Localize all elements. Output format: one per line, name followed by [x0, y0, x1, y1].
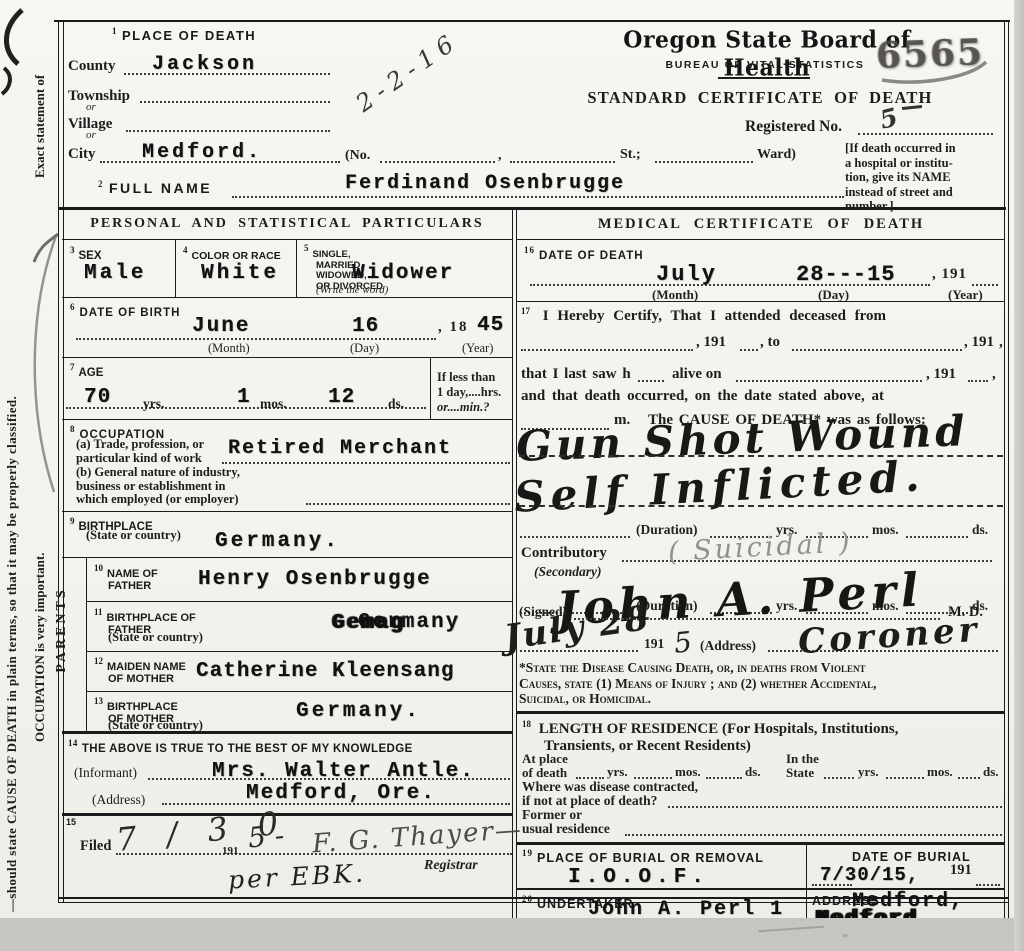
margin-note-cause: —should state CAUSE OF DEATH in plain te… — [4, 142, 20, 912]
bottom-pencil-dot — [842, 934, 848, 937]
certify-comma-1: , — [999, 334, 1003, 351]
filed-number: 15 — [66, 817, 76, 827]
color-race-label: 4COLOR OR RACE — [183, 245, 281, 262]
rule — [517, 301, 1005, 302]
no-label: (No. — [345, 148, 370, 164]
residence-in-state-label: In the State — [786, 752, 819, 779]
registered-no-overbar — [902, 105, 922, 110]
mother-birthplace-value: Germany. — [296, 700, 421, 723]
or-label-1: or — [86, 101, 96, 113]
rule — [62, 557, 512, 558]
signed-year-printed: 191 — [644, 636, 664, 652]
res-dots — [706, 777, 742, 779]
city-label: City — [68, 146, 96, 163]
age-years-label: yrs. — [143, 396, 164, 412]
former-dots — [625, 834, 1002, 836]
full-name-value: Ferdinand Osenbrugge — [345, 172, 625, 195]
certify-to: , to — [760, 334, 780, 351]
rule-thick — [517, 842, 1005, 845]
birth-year-sublabel: (Year) — [462, 341, 493, 356]
occupation-b-line — [306, 503, 510, 505]
birth-day-sublabel: (Day) — [350, 341, 379, 356]
occupation-a-line — [222, 462, 510, 464]
border-right-inner — [1008, 20, 1009, 918]
burial-place-label: 19PLACE OF BURIAL OR REMOVAL — [522, 848, 764, 865]
mother-name-label: 12MAIDEN NAME OF MOTHER — [94, 655, 186, 685]
color-race-value: White — [201, 262, 279, 285]
birth-month-sublabel: (Month) — [208, 341, 250, 356]
bureau-subtitle: BUREAU OF VITAL STATISTICS — [640, 59, 890, 71]
death-date-label: 16DATE OF DEATH — [524, 245, 644, 262]
rule — [62, 239, 512, 240]
informant-address-value: Medford, Ore. — [246, 782, 436, 805]
disease-contracted-label: Where was disease contracted, if not at … — [522, 780, 698, 808]
filed-yearhand: 5 - — [247, 818, 286, 854]
divider-center-b — [516, 207, 517, 918]
certify-blank-4 — [736, 380, 922, 382]
village-line — [126, 130, 330, 132]
certificate-paper: —should state CAUSE OF DEATH in plain te… — [0, 0, 1014, 918]
certify-blank-2 — [792, 349, 962, 351]
undertaker-value: John A. Perl 1 — [588, 898, 784, 918]
divider-center-a — [512, 207, 513, 918]
registered-no-line — [858, 133, 993, 135]
certify-blank-1 — [521, 349, 693, 351]
burial-year-dots — [976, 884, 1000, 886]
city-value: Medford. — [142, 141, 262, 164]
county-label: County — [68, 58, 116, 75]
informant-address-label: (Address) — [92, 792, 145, 808]
undertaker-address-value2: Medford — [816, 908, 918, 918]
duration1-dots-a — [520, 536, 630, 538]
res-mos-1: mos. — [675, 764, 701, 780]
rule — [86, 691, 512, 692]
registrar-label: Registrar — [424, 858, 478, 874]
res-ds-2: ds. — [983, 764, 999, 780]
birth-year-printed: , 18 — [438, 319, 469, 336]
cause-line2-rule — [519, 505, 1003, 507]
signed-year-hand: 5 — [672, 625, 693, 660]
birth-date-line — [76, 338, 436, 340]
death-certificate-scan: —should state CAUSE OF DEATH in plain te… — [0, 0, 1024, 951]
scan-edge-right — [1014, 0, 1024, 951]
burial-year-printed: 191 — [950, 862, 972, 879]
age-days-label: ds. — [388, 396, 404, 412]
informant-section-label: 14THE ABOVE IS TRUE TO THE BEST OF MY KN… — [68, 738, 413, 755]
registered-no-label: Registered No. — [745, 118, 842, 136]
margin-note-occupation: OCCUPATION is very important. — [32, 562, 48, 742]
occupation-a-label: (a) Trade, profession, or particular kin… — [76, 438, 204, 465]
certify-line3b: alive on — [672, 366, 722, 383]
informant-value: Mrs. Walter Antle. — [212, 760, 475, 783]
death-day-value: 28---15 — [796, 262, 895, 287]
filed-note-handwritten: per EBK. — [227, 858, 366, 894]
full-name-label: 2FULL NAME — [98, 179, 212, 196]
res-yrs-2: yrs. — [858, 764, 879, 780]
rule — [62, 511, 512, 512]
certify-191b: , 191 — [964, 334, 994, 351]
father-name-label: 10NAME OF FATHER — [94, 562, 158, 592]
birthplace-value: Germany. — [215, 530, 340, 553]
rule — [86, 651, 512, 652]
certify-blank-4b — [968, 380, 988, 382]
sex-label: 3SEX — [70, 245, 102, 262]
handwritten-date-mark: 2-2-16 — [351, 26, 465, 117]
age-note: If less than 1 day,....hrs. or....min.? — [437, 370, 501, 415]
certify-line3a: that I last saw h — [521, 366, 631, 383]
disease-dots — [668, 806, 1002, 808]
age-years-value: 70 — [84, 386, 111, 409]
occupation-a-value: Retired Merchant — [228, 437, 452, 460]
border-top — [54, 20, 1010, 22]
death-month-value: July — [656, 262, 717, 287]
rule — [62, 297, 512, 298]
personal-section-title: PERSONAL AND STATISTICAL PARTICULARS — [62, 216, 512, 232]
certify-line4: and that death occurred, on the date sta… — [521, 388, 884, 405]
res-mos-2: mos. — [927, 764, 953, 780]
st-label: St.; — [620, 147, 641, 163]
occupation-b-label: (b) General nature of industry, business… — [76, 466, 240, 507]
or-label-2: or — [86, 129, 96, 141]
cell-divider — [296, 239, 297, 297]
certificate-title: STANDARD CERTIFICATE OF DEATH — [560, 88, 960, 108]
father-birthplace-sublabel: (State or country) — [108, 630, 203, 645]
st-line — [510, 161, 615, 163]
cause-footnote: *State the Disease Causing Death, or, in… — [519, 660, 1005, 707]
res-dots — [824, 777, 854, 779]
undertaker-divider — [806, 890, 807, 918]
marital-value: Widower — [352, 262, 454, 285]
duration1-mos: mos. — [872, 522, 899, 538]
ward-label: Ward) — [757, 147, 796, 163]
age-months-value: 1 — [237, 386, 251, 409]
certify-comma-2: , — [992, 366, 996, 383]
certify-191c: , 191 — [926, 366, 956, 383]
residence-title: 18 LENGTH OF RESIDENCE (For Hospitals, I… — [522, 716, 898, 755]
hospital-note: [If death occurred in a hospital or inst… — [845, 141, 1005, 214]
bureau-underline — [718, 77, 810, 79]
corner-ink-mark — [0, 6, 30, 96]
cell-divider — [430, 357, 431, 419]
rule — [62, 357, 512, 358]
burial-date-value: 7/30/15, — [820, 864, 919, 886]
marital-sublabel: (Write the word) — [316, 284, 388, 296]
age-label: 7AGE — [70, 362, 103, 379]
parents-vertical-label: PARENTS — [54, 555, 70, 705]
birthplace-sublabel: (State or country) — [86, 528, 181, 543]
rule — [517, 239, 1005, 240]
certify-191a: , 191 — [696, 334, 726, 351]
father-name-value: Henry Osenbrugge — [198, 568, 432, 591]
informant-label: (Informant) — [74, 765, 137, 781]
death-year-line — [972, 284, 998, 286]
certify-line1: 17 I Hereby Certify, That I attended dec… — [521, 306, 886, 325]
medical-section-title: MEDICAL CERTIFICATE OF DEATH — [517, 216, 1005, 233]
field-number: 1 — [112, 26, 118, 36]
duration1-dots-d — [906, 536, 968, 538]
birth-month-value: June — [192, 315, 250, 338]
rule-thick — [62, 731, 512, 734]
birth-year-value: 45 — [477, 314, 504, 337]
county-value: Jackson — [152, 53, 257, 76]
duration1-ds: ds. — [972, 522, 988, 538]
rule-thick — [517, 711, 1005, 714]
filed-label: Filed — [80, 838, 111, 855]
residence-at-place-label: At place of death — [522, 752, 568, 779]
cell-divider — [175, 239, 176, 297]
rule — [62, 419, 512, 420]
no-line — [380, 161, 495, 163]
ward-line — [655, 161, 753, 163]
border-left-outer — [58, 20, 59, 903]
birth-date-label: 6DATE OF BIRTH — [70, 302, 180, 319]
father-birthplace-value: Germany — [358, 611, 460, 634]
res-dots — [958, 777, 980, 779]
burial-place-value: I.O.O.F. — [568, 866, 709, 889]
township-line — [140, 101, 330, 103]
bottom-pencil-mark — [758, 926, 824, 933]
cause-line1-rule — [519, 455, 1003, 457]
contributory-label: Contributory — [521, 545, 607, 562]
age-days-value: 12 — [328, 386, 355, 409]
certify-blank-3 — [638, 380, 664, 382]
death-year-printed: , 191 — [932, 266, 967, 283]
rule — [86, 601, 512, 602]
res-ds-1: ds. — [745, 764, 761, 780]
no-comma: , — [498, 148, 502, 164]
full-name-line — [232, 196, 844, 198]
place-of-death-title: 1PLACE OF DEATH — [112, 26, 256, 43]
field-number: 2 — [98, 179, 105, 189]
margin-pencil-arc — [28, 232, 62, 497]
sex-value: Male — [84, 262, 146, 285]
res-dots — [886, 777, 924, 779]
parents-inner-divider — [86, 557, 87, 731]
township-label: Township — [68, 88, 130, 105]
border-left-inner — [63, 20, 64, 903]
signed-date-dots — [520, 650, 638, 652]
former-residence-label: Former or usual residence — [522, 808, 610, 836]
margin-note-exact: Exact statement of — [32, 28, 48, 178]
signed-address-label: (Address) — [700, 638, 756, 654]
secondary-label: (Secondary) — [534, 564, 602, 580]
res-yrs-1: yrs. — [607, 764, 628, 780]
age-months-label: mos. — [260, 396, 287, 412]
stamp-swoosh — [880, 58, 990, 86]
birth-day-value: 16 — [352, 315, 379, 338]
mother-name-value: Catherine Kleensang — [196, 660, 454, 683]
certify-blank-1b — [740, 349, 758, 351]
